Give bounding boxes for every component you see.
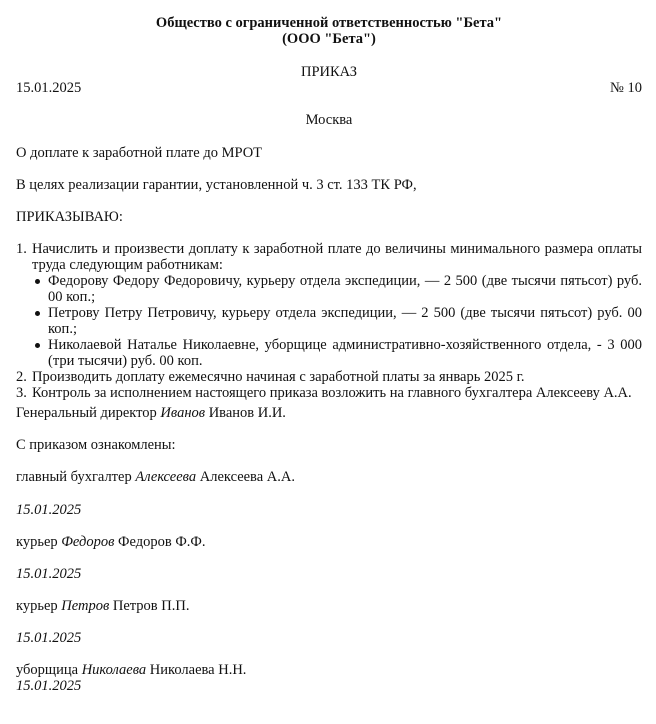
employee-bullet: Петрову Петру Петровичу, курьеру отдела … — [48, 305, 642, 337]
signature: Иванов — [160, 405, 205, 421]
employee-bullet: Федорову Федору Федоровичу, курьеру отде… — [48, 273, 642, 305]
signature: Алексеева — [135, 469, 196, 485]
ack-date: 15.01.2025 — [16, 678, 642, 694]
org-short-name: (ООО "Бета") — [16, 31, 642, 47]
org-full-name: Общество с ограниченной ответственностью… — [16, 15, 642, 31]
order-item-2: 2. Производить доплату ежемесячно начина… — [32, 369, 642, 385]
order-item-1: 1. Начислить и произвести доплату к зара… — [32, 241, 642, 369]
ack-row: главный бухгалтер Алексеева Алексеева А.… — [16, 469, 642, 485]
ack-date: 15.01.2025 — [16, 630, 642, 646]
ack-date: 15.01.2025 — [16, 502, 642, 518]
ack-row: курьер Федоров Федоров Ф.Ф. — [16, 534, 642, 550]
order-item-3: 3. Контроль за исполнением настоящего пр… — [32, 385, 642, 401]
doc-preamble: В целях реализации гарантии, установленн… — [16, 177, 642, 193]
doc-type: ПРИКАЗ — [16, 64, 642, 80]
ack-row: уборщица Николаева Николаева Н.Н. — [16, 662, 642, 678]
doc-number: № 10 — [610, 80, 642, 96]
signature: Петров — [61, 598, 109, 614]
order-items: 1. Начислить и произвести доплату к зара… — [16, 241, 642, 401]
doc-subject: О доплате к заработной плате до МРОТ — [16, 145, 642, 161]
ack-date: 15.01.2025 — [16, 566, 642, 582]
doc-date: 15.01.2025 — [16, 80, 81, 96]
employee-bullet: Николаевой Наталье Николаевне, уборщице … — [48, 337, 642, 369]
signature: Федоров — [61, 534, 114, 550]
doc-date-row: 15.01.2025 № 10 — [16, 80, 642, 96]
director-signature: Генеральный директор Иванов Иванов И.И. — [16, 405, 642, 421]
acquainted-heading: С приказом ознакомлены: — [16, 437, 642, 453]
order-word: ПРИКАЗЫВАЮ: — [16, 209, 642, 225]
signature: Николаева — [82, 662, 146, 678]
employee-list: Федорову Федору Федоровичу, курьеру отде… — [32, 273, 642, 369]
doc-city: Москва — [16, 112, 642, 128]
ack-row: курьер Петров Петров П.П. — [16, 598, 642, 614]
